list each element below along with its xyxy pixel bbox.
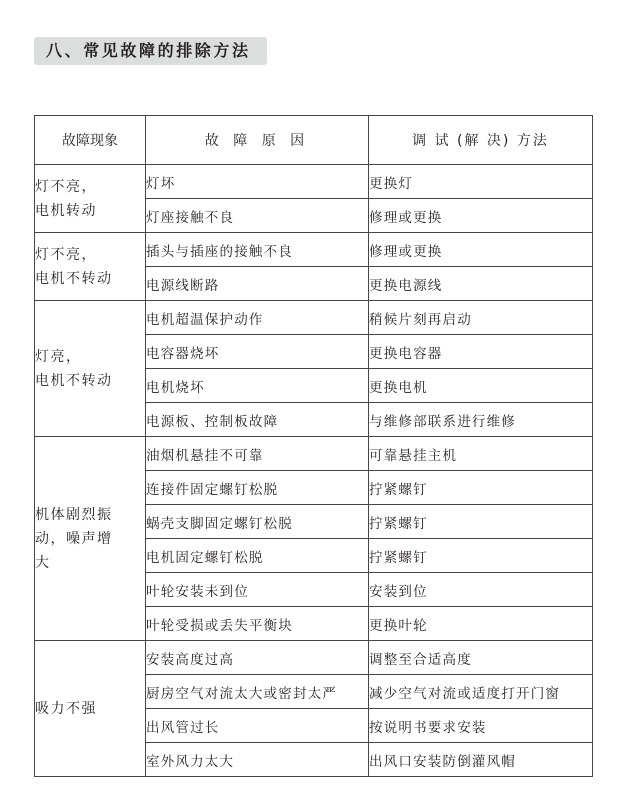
table-row: 吸力不强 安装高度过高 调整至合适高度: [35, 641, 593, 675]
method-cell: 更换叶轮: [369, 607, 593, 641]
cause-cell: 电机固定螺钉松脱: [146, 539, 369, 573]
symptom-text: 灯不亮，: [35, 243, 145, 267]
method-cell: 拧紧螺钉: [369, 471, 593, 505]
symptom-text: 电机不转动: [35, 369, 145, 393]
symptom-text: 动，噪声增: [35, 527, 145, 551]
method-cell: 可靠悬挂主机: [369, 437, 593, 471]
table-row: 灯不亮， 电机转动 灯坏 更换灯: [35, 165, 593, 199]
cause-cell: 电机烧坏: [146, 369, 369, 403]
cause-cell: 电容器烧坏: [146, 335, 369, 369]
symptom-cell: 灯亮， 电机不转动: [35, 301, 146, 437]
symptom-text: 吸力不强: [35, 697, 145, 721]
method-cell: 更换电源线: [369, 267, 593, 301]
cause-cell: 叶轮安装未到位: [146, 573, 369, 607]
header-cause: 故 障 原 因: [146, 116, 369, 165]
header-symptom: 故障现象: [35, 116, 146, 165]
table-header-row: 故障现象 故 障 原 因 调 试 (解 决) 方法: [35, 116, 593, 165]
method-cell: 与维修部联系进行维修: [369, 403, 593, 437]
cause-cell: 安装高度过高: [146, 641, 369, 675]
cause-cell: 电源线断路: [146, 267, 369, 301]
cause-cell: 电源板、控制板故障: [146, 403, 369, 437]
table-row: 机体剧烈振 动，噪声增 大 油烟机悬挂不可靠 可靠悬挂主机: [35, 437, 593, 471]
cause-cell: 灯座接触不良: [146, 199, 369, 233]
method-cell: 安装到位: [369, 573, 593, 607]
symptom-cell: 机体剧烈振 动，噪声增 大: [35, 437, 146, 641]
cause-cell: 插头与插座的接触不良: [146, 233, 369, 267]
cause-cell: 蜗壳支脚固定螺钉松脱: [146, 505, 369, 539]
symptom-text: 大: [35, 551, 145, 575]
method-cell: 更换灯: [369, 165, 593, 199]
cause-cell: 厨房空气对流太大或密封太严: [146, 675, 369, 709]
section-title: 八、常见故障的排除方法: [34, 37, 267, 65]
symptom-text: 电机转动: [35, 199, 145, 223]
method-cell: 拧紧螺钉: [369, 539, 593, 573]
table-row: 灯亮， 电机不转动 电机超温保护动作 稍候片刻再启动: [35, 301, 593, 335]
symptom-cell: 吸力不强: [35, 641, 146, 777]
method-cell: 出风口安装防倒灌风帽: [369, 743, 593, 777]
method-cell: 减少空气对流或适度打开门窗: [369, 675, 593, 709]
cause-cell: 出风管过长: [146, 709, 369, 743]
method-cell: 稍候片刻再启动: [369, 301, 593, 335]
table-row: 灯不亮， 电机不转动 插头与插座的接触不良 修理或更换: [35, 233, 593, 267]
symptom-cell: 灯不亮， 电机不转动: [35, 233, 146, 301]
symptom-text: 电机不转动: [35, 267, 145, 291]
cause-cell: 油烟机悬挂不可靠: [146, 437, 369, 471]
method-cell: 更换电容器: [369, 335, 593, 369]
symptom-text: 机体剧烈振: [35, 503, 145, 527]
method-cell: 修理或更换: [369, 233, 593, 267]
method-cell: 更换电机: [369, 369, 593, 403]
method-cell: 拧紧螺钉: [369, 505, 593, 539]
symptom-text: 灯亮，: [35, 345, 145, 369]
method-cell: 按说明书要求安装: [369, 709, 593, 743]
cause-cell: 室外风力太大: [146, 743, 369, 777]
cause-cell: 灯坏: [146, 165, 369, 199]
symptom-cell: 灯不亮， 电机转动: [35, 165, 146, 233]
symptom-text: 灯不亮，: [35, 175, 145, 199]
cause-cell: 连接件固定螺钉松脱: [146, 471, 369, 505]
troubleshooting-table: 故障现象 故 障 原 因 调 试 (解 决) 方法 灯不亮， 电机转动 灯坏 更…: [34, 115, 593, 777]
method-cell: 修理或更换: [369, 199, 593, 233]
cause-cell: 电机超温保护动作: [146, 301, 369, 335]
cause-cell: 叶轮受损或丢失平衡块: [146, 607, 369, 641]
method-cell: 调整至合适高度: [369, 641, 593, 675]
header-method: 调 试 (解 决) 方法: [369, 116, 593, 165]
